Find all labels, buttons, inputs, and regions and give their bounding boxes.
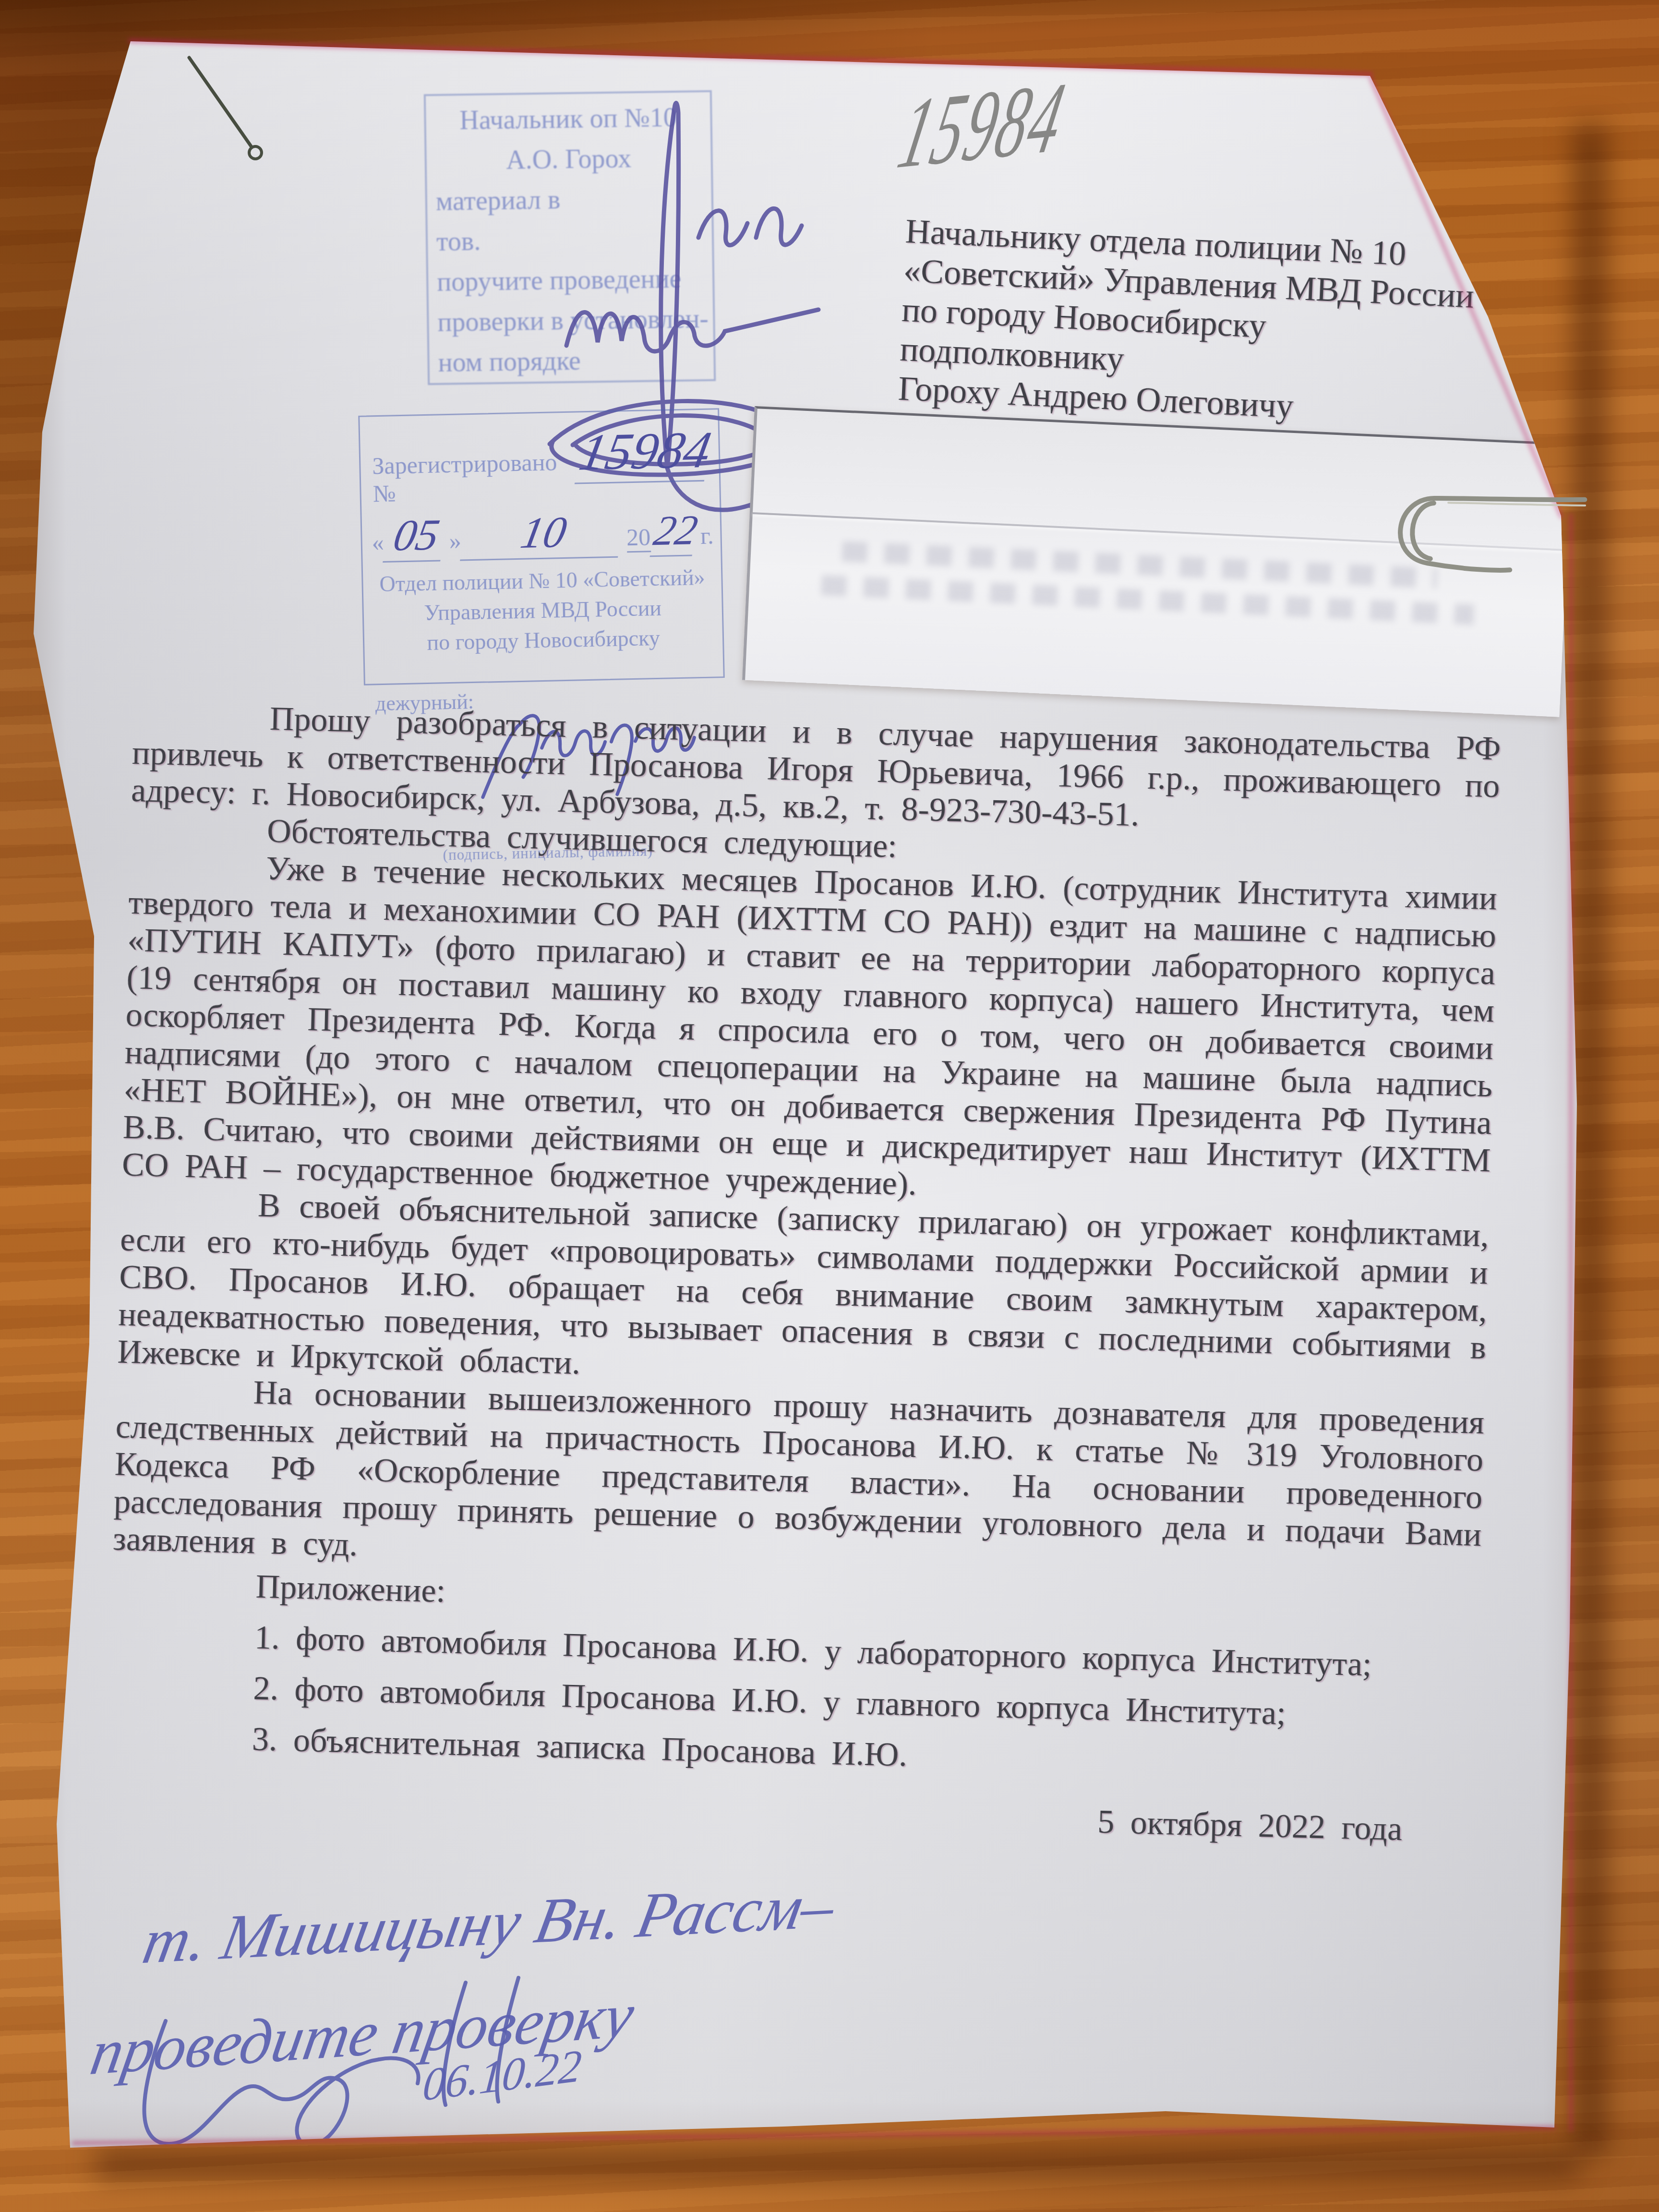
paragraph-circumstances: Уже в течение нескольких месяцев Просано… bbox=[121, 847, 1497, 1217]
paragraph-explanatory-note: В своей объяснительной записке (записку … bbox=[117, 1184, 1490, 1405]
photo-scene: 15984 Начальник оп №10 А.О. Горох матери… bbox=[0, 0, 1659, 2212]
date-day-handwritten: 05 bbox=[383, 509, 450, 563]
registration-stamp: Зарегистрировано № 15984 « 05 » 10 20 22… bbox=[358, 408, 725, 685]
paper-shadow-bottom bbox=[96, 2151, 1579, 2178]
date-suffix: г. bbox=[700, 521, 714, 550]
pin-icon bbox=[179, 52, 275, 172]
registered-number-handwritten: 15984 bbox=[575, 420, 716, 484]
date-month-handwritten: 10 bbox=[460, 505, 627, 561]
paragraph-legal-request: На основании вышеизложенного прошу назна… bbox=[112, 1371, 1485, 1592]
date-year-handwritten: 22 bbox=[649, 506, 701, 557]
paper-shadow-right bbox=[1574, 125, 1607, 2155]
edge-fringe-right bbox=[1569, 514, 1573, 2131]
registered-label: Зарегистрировано № bbox=[372, 447, 577, 507]
date-quote-close: » bbox=[449, 527, 461, 555]
recipient-block: Начальнику отдела полиции № 10 «Советски… bbox=[897, 211, 1496, 434]
letter-body: Прошу разобраться в ситуации и в случае … bbox=[106, 697, 1501, 1855]
date-year-prefix: 20 bbox=[626, 523, 651, 553]
pencil-registration-number: 15984 bbox=[890, 59, 1075, 192]
document-sheet: 15984 Начальник оп №10 А.О. Горох матери… bbox=[0, 0, 1659, 2212]
paperclip-icon bbox=[1365, 464, 1590, 629]
date-quote-open: « bbox=[372, 529, 384, 557]
